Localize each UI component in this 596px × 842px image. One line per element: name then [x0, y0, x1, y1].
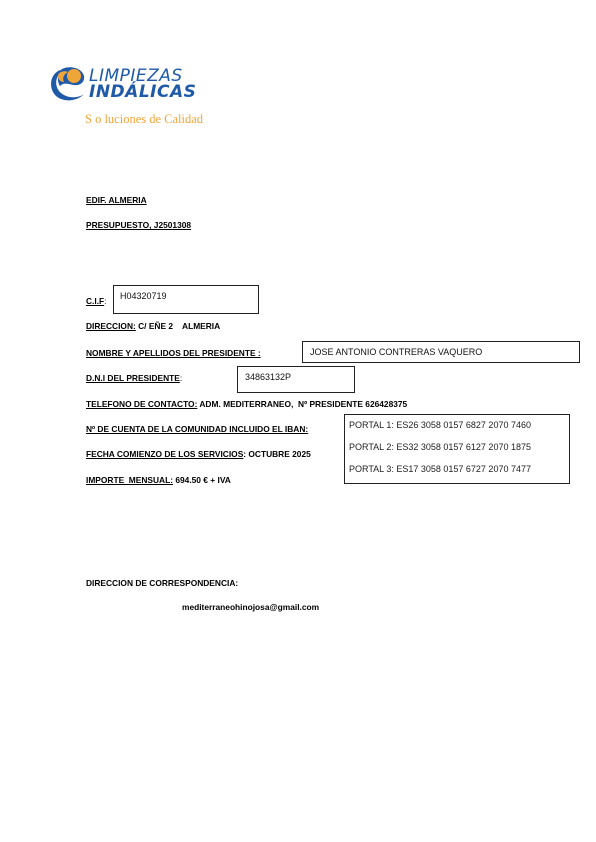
iban-field: PORTAL 1: ES26 3058 0157 6827 2070 7460 … [344, 414, 570, 484]
president-dni-colon: : [180, 373, 182, 383]
president-dni-row: D.N.I DEL PRESIDENTE: [86, 374, 182, 382]
president-name-label: NOMBRE Y APELLIDOS DEL PRESIDENTE : [86, 349, 261, 357]
address-label: DIRECCION: [86, 321, 136, 331]
address-row: DIRECCION: C/ EÑE 2 ALMERIA [86, 322, 220, 330]
monthly-value: 694.50 € + IVA [175, 475, 230, 485]
iban-label: Nº DE CUENTA DE LA COMUNIDAD INCLUIDO EL… [86, 425, 308, 433]
correspondence-email: mediterraneohinojosa@gmail.com [182, 603, 319, 611]
correspondence-label: DIRECCION DE CORRESPONDENCIA: [86, 579, 238, 587]
brand-name-line2: INDÁLICAS [89, 84, 196, 101]
start-date-row: FECHA COMIENZO DE LOS SERVICIOS: OCTUBRE… [86, 450, 311, 458]
address-value: C/ EÑE 2 ALMERIA [138, 321, 220, 331]
building-name: EDIF. ALMERIA [86, 196, 147, 204]
monthly-row: IMPORTE MENSUAL: 694.50 € + IVA [86, 476, 231, 484]
brand-tagline: S o luciones de Calidad [85, 112, 203, 127]
iban-portal-2: PORTAL 2: ES32 3058 0157 6127 2070 1875 [349, 442, 531, 452]
monthly-label: IMPORTE MENSUAL: [86, 475, 173, 485]
president-name-value: JOSE ANTONIO CONTRERAS VAQUERO [310, 347, 482, 357]
phone-value: ADM. MEDITERRANEO, Nº PRESIDENTE 6264283… [199, 399, 407, 409]
cif-row: C.I.F: [86, 297, 106, 305]
start-date-value: : OCTUBRE 2025 [243, 449, 310, 459]
iban-portal-3: PORTAL 3: ES17 3058 0157 6727 2070 7477 [349, 464, 531, 474]
president-name-field: JOSE ANTONIO CONTRERAS VAQUERO [302, 341, 580, 363]
cif-value: H04320719 [120, 291, 167, 301]
budget-number: PRESUPUESTO, J2501308 [86, 221, 191, 229]
phone-row: TELEFONO DE CONTACTO: ADM. MEDITERRANEO,… [86, 400, 407, 408]
cif-colon: : [104, 296, 106, 306]
iban-portal-1: PORTAL 1: ES26 3058 0157 6827 2070 7460 [349, 420, 531, 430]
cif-field: H04320719 [113, 285, 259, 314]
president-dni-label: D.N.I DEL PRESIDENTE [86, 373, 180, 383]
start-date-label: FECHA COMIENZO DE LOS SERVICIOS [86, 449, 243, 459]
president-dni-value: 34863132P [245, 372, 291, 382]
president-dni-field: 34863132P [237, 366, 355, 393]
phone-label: TELEFONO DE CONTACTO: [86, 399, 197, 409]
cif-label: C.I.F [86, 296, 104, 306]
company-logo-icon [46, 64, 88, 104]
